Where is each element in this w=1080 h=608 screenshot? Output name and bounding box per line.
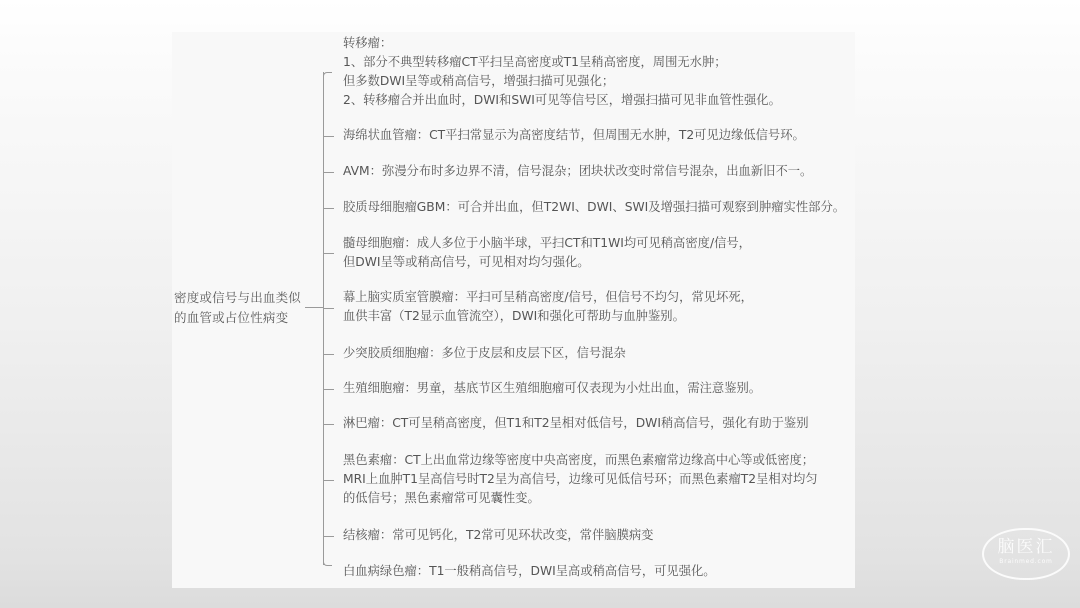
branch-line <box>324 172 334 173</box>
node-line: 2、转移瘤合并出血时，DWI和SWI可见等信号区，增强扫描可见非血管性强化。 <box>343 91 853 110</box>
node-medulloblastoma: 髓母细胞瘤：成人多位于小脑半球，平扫CT和T1WI均可见稍高密度/信号， 但DW… <box>343 234 853 272</box>
node-line: 髓母细胞瘤：成人多位于小脑半球，平扫CT和T1WI均可见稍高密度/信号， <box>343 234 853 253</box>
node-line: 胶质母细胞瘤GBM：可合并出血，但T2WI、DWI、SWI及增强扫描可观察到肿瘤… <box>343 198 853 217</box>
root-node: 密度或信号与出血类似 的血管或占位性病变 <box>174 288 324 328</box>
node-line: 但DWI呈等或稍高信号，可见相对均匀强化。 <box>343 253 853 272</box>
node-line: 少突胶质细胞瘤：多位于皮层和皮层下区，信号混杂 <box>343 344 853 363</box>
node-line: 淋巴瘤：CT可呈稍高密度，但T1和T2呈相对低信号，DWI稍高信号，强化有助于鉴… <box>343 414 853 433</box>
branch-line <box>324 253 334 254</box>
node-line: 结核瘤：常可见钙化，T2常可见环状改变，常伴脑膜病变 <box>343 526 853 545</box>
node-line: 转移瘤： <box>343 34 853 53</box>
node-line: 幕上脑实质室管膜瘤：平扫可呈稍高密度/信号，但信号不均匀，常见坏死， <box>343 288 853 307</box>
node-line: 血供丰富（T2显示血管流空），DWI和强化可帮助与血肿鉴别。 <box>343 307 853 326</box>
watermark-logo: 脑医汇 Brainmed.com <box>982 528 1070 580</box>
branch-line <box>324 424 334 425</box>
node-cavernous-hemangioma: 海绵状血管瘤：CT平扫常显示为高密度结节，但周围无水肿，T2可见边缘低信号环。 <box>343 126 853 145</box>
node-line: 但多数DWI呈等或稍高信号，增强扫描可见强化； <box>343 72 853 91</box>
root-line: 的血管或占位性病变 <box>174 308 324 328</box>
root-line: 密度或信号与出血类似 <box>174 288 324 308</box>
watermark-name: 脑医汇 <box>984 536 1068 558</box>
node-line: AVM：弥漫分布时多边界不清，信号混杂；团块状改变时常信号混杂，出血新旧不一。 <box>343 162 853 181</box>
root-connector <box>305 307 323 308</box>
branch-line <box>324 480 334 481</box>
tree-corner-top <box>323 72 332 81</box>
node-line: 黑色素瘤：CT上出血常边缘等密度中央高密度，而黑色素瘤常边缘高中心等或低密度； <box>343 451 853 470</box>
node-chloroma: 白血病绿色瘤：T1一般稍高信号，DWI呈高或稍高信号，可见强化。 <box>343 562 853 581</box>
node-line: 1、部分不典型转移瘤CT平扫呈高密度或T1呈稍高密度，周围无水肿； <box>343 53 853 72</box>
node-line: 生殖细胞瘤：男童，基底节区生殖细胞瘤可仅表现为小灶出血，需注意鉴别。 <box>343 379 853 398</box>
node-germinoma: 生殖细胞瘤：男童，基底节区生殖细胞瘤可仅表现为小灶出血，需注意鉴别。 <box>343 379 853 398</box>
watermark-sub: Brainmed.com <box>984 558 1068 566</box>
node-line: 的低信号；黑色素瘤常可见囊性变。 <box>343 489 853 508</box>
node-oligodendroglioma: 少突胶质细胞瘤：多位于皮层和皮层下区，信号混杂 <box>343 344 853 363</box>
node-line: 海绵状血管瘤：CT平扫常显示为高密度结节，但周围无水肿，T2可见边缘低信号环。 <box>343 126 853 145</box>
node-metastasis: 转移瘤： 1、部分不典型转移瘤CT平扫呈高密度或T1呈稍高密度，周围无水肿； 但… <box>343 34 853 110</box>
node-gbm: 胶质母细胞瘤GBM：可合并出血，但T2WI、DWI、SWI及增强扫描可观察到肿瘤… <box>343 198 853 217</box>
node-line: 白血病绿色瘤：T1一般稍高信号，DWI呈高或稍高信号，可见强化。 <box>343 562 853 581</box>
branch-line <box>324 389 334 390</box>
branch-line <box>324 136 334 137</box>
node-line: MRI上血肿T1呈高信号时T2呈为高信号，边缘可见低信号环；而黑色素瘤T2呈相对… <box>343 470 853 489</box>
node-tuberculoma: 结核瘤：常可见钙化，T2常可见环状改变，常伴脑膜病变 <box>343 526 853 545</box>
branch-line <box>324 354 334 355</box>
node-lymphoma: 淋巴瘤：CT可呈稍高密度，但T1和T2呈相对低信号，DWI稍高信号，强化有助于鉴… <box>343 414 853 433</box>
branch-line <box>324 208 334 209</box>
node-ependymoma: 幕上脑实质室管膜瘤：平扫可呈稍高密度/信号，但信号不均匀，常见坏死， 血供丰富（… <box>343 288 853 326</box>
branch-line <box>324 536 334 537</box>
root-connector-right <box>324 308 334 309</box>
tree-corner-bottom <box>323 557 332 566</box>
node-avm: AVM：弥漫分布时多边界不清，信号混杂；团块状改变时常信号混杂，出血新旧不一。 <box>343 162 853 181</box>
node-melanoma: 黑色素瘤：CT上出血常边缘等密度中央高密度，而黑色素瘤常边缘高中心等或低密度； … <box>343 451 853 508</box>
tree-spine <box>323 72 324 565</box>
